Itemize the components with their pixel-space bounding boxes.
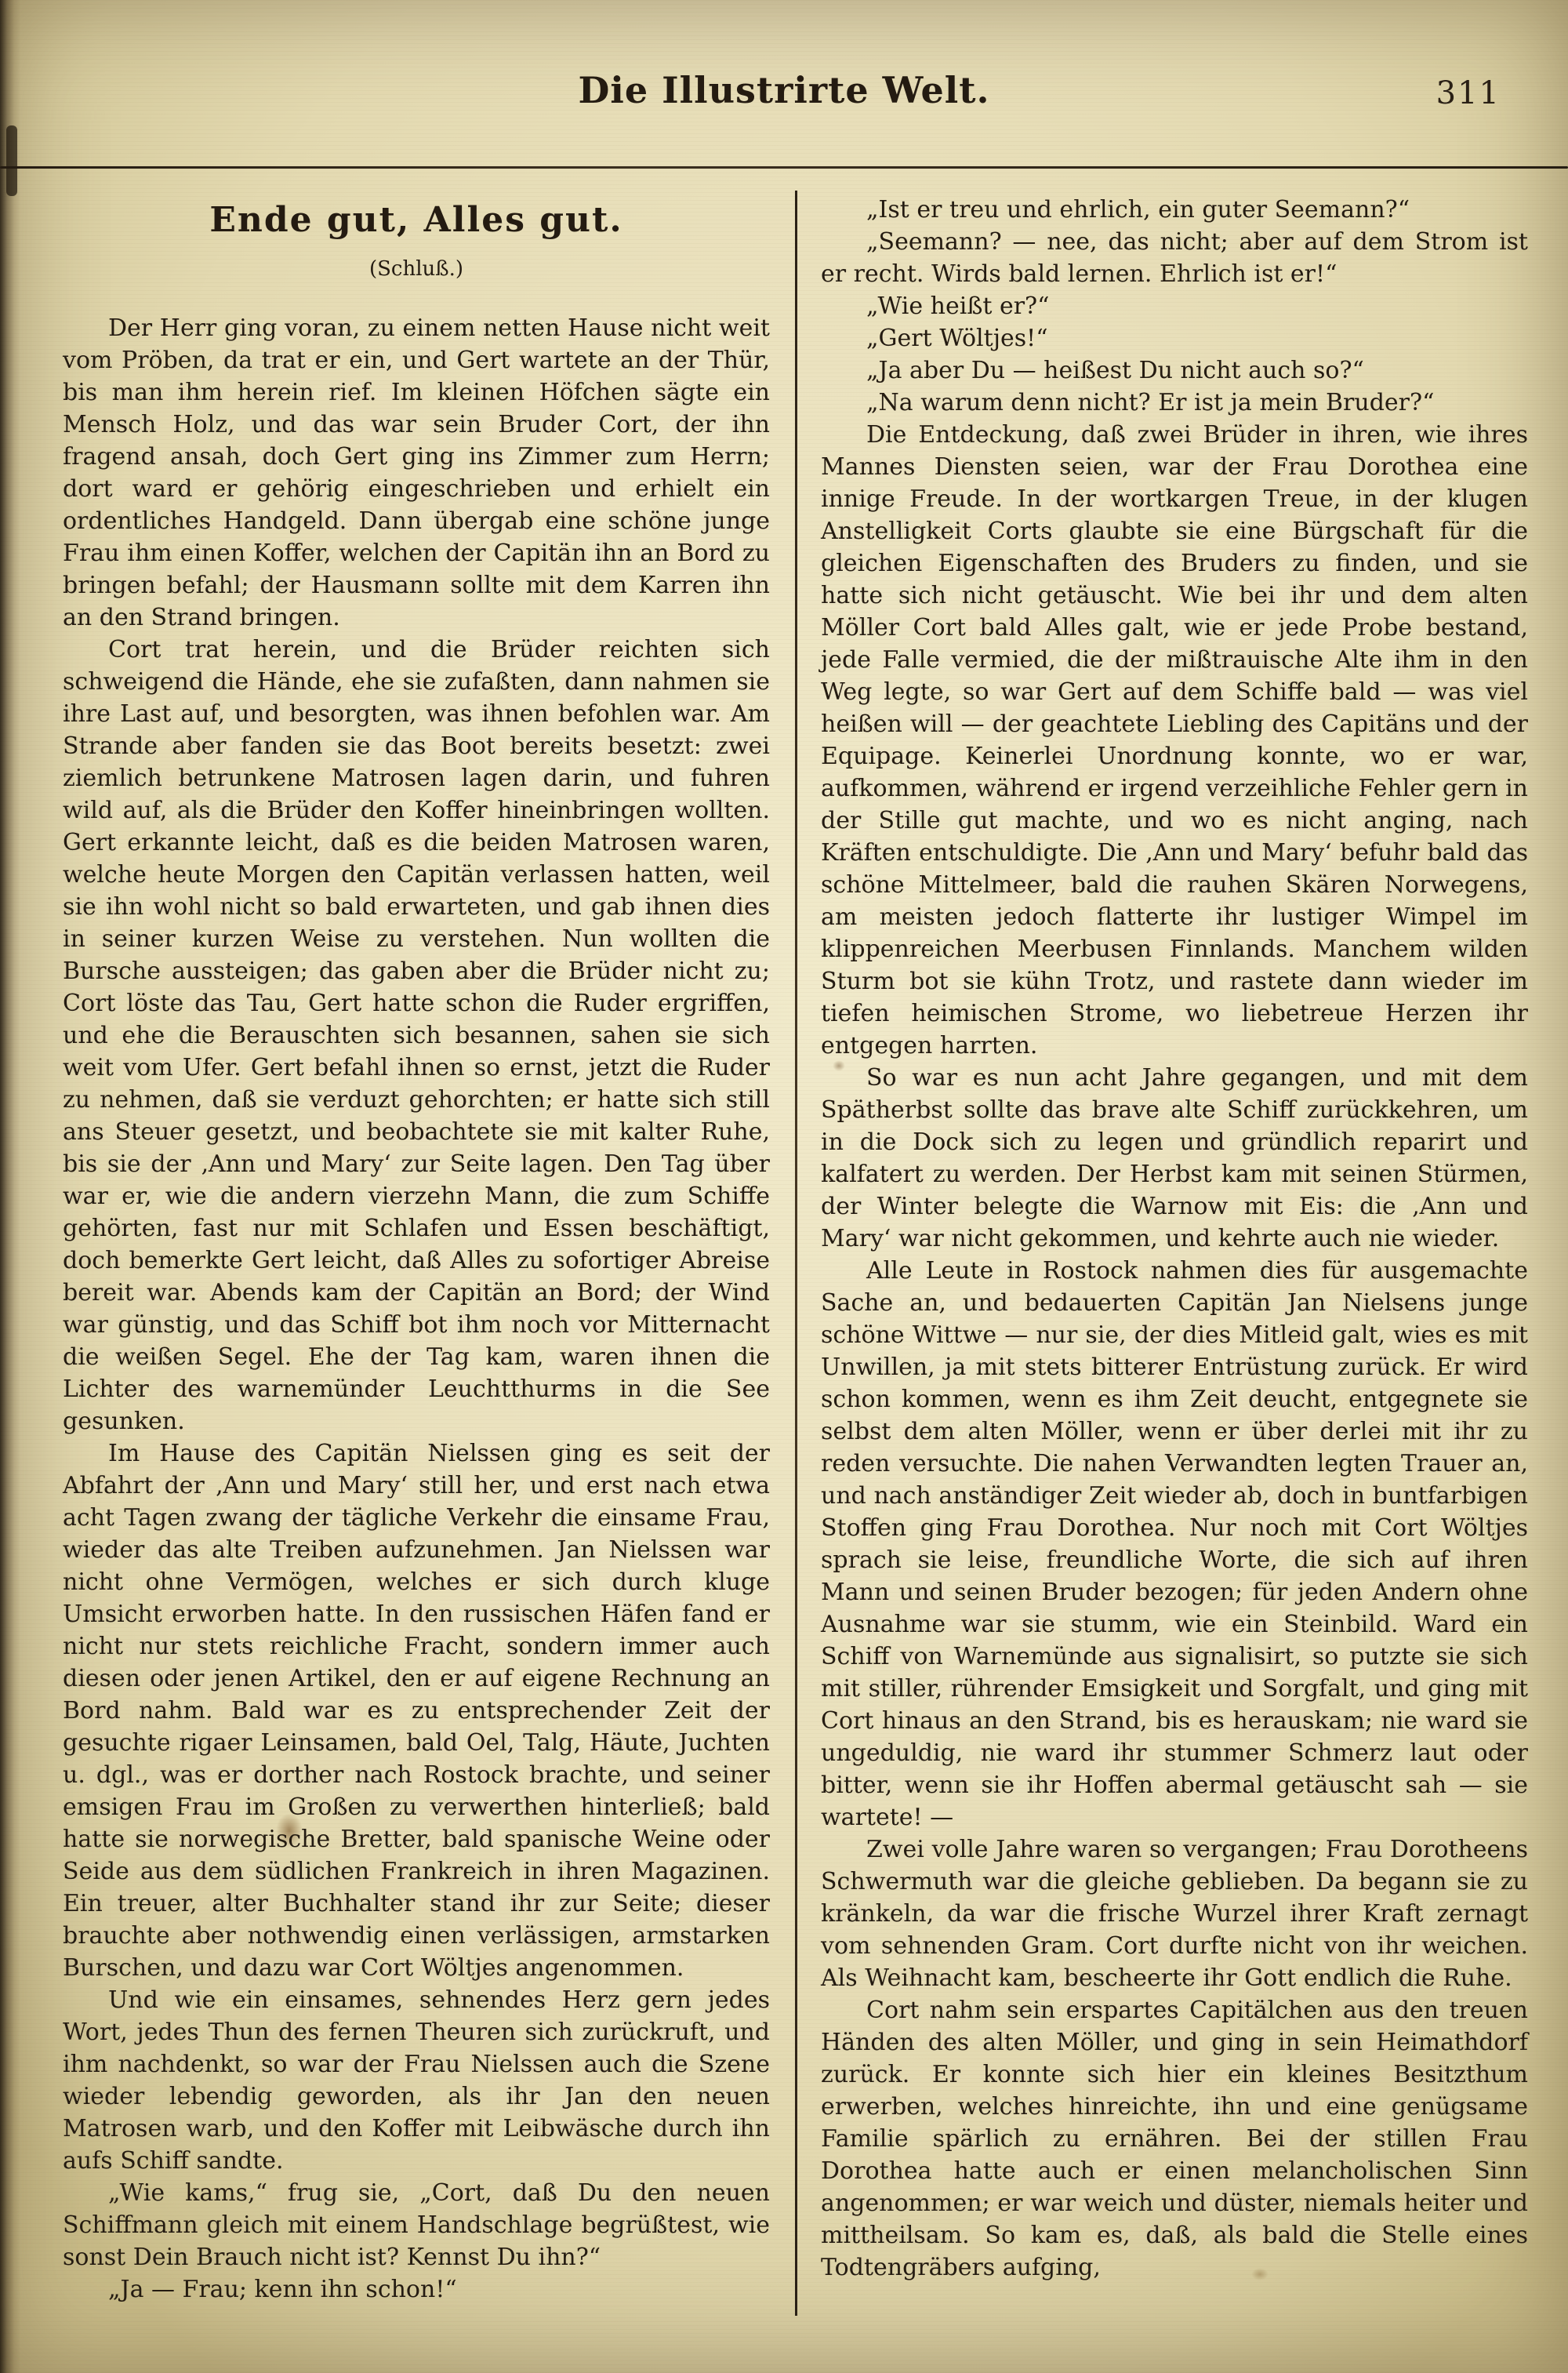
magazine-page: Die Illustrirte Welt. 311 Ende gut, Alle… [0,0,1568,2373]
page-header: Die Illustrirte Welt. 311 [0,0,1568,169]
page-number: 311 [1436,75,1501,111]
right-column: „Ist er treu und ehrlich, ein guter Seem… [821,169,1528,2284]
left-column-text: Der Herr ging voran, zu einem netten Hau… [63,312,770,2306]
paragraph: „Wie heißt er?“ [821,290,1528,322]
article: Ende gut, Alles gut. (Schluß.) Der Herr … [0,169,1568,2316]
paragraph: „Na warum denn nicht? Er ist ja mein Bru… [821,387,1528,419]
paragraph: Und wie ein einsames, sehnendes Herz ger… [63,1984,770,2177]
paragraph: Cort trat herein, und die Brüder reichte… [63,634,770,1437]
column-divider [795,191,797,2316]
magazine-title: Die Illustrirte Welt. [0,69,1568,111]
paragraph: „Ja — Frau; kenn ihn schon!“ [63,2273,770,2306]
paragraph: Der Herr ging voran, zu einem netten Hau… [63,312,770,634]
article-subtitle: (Schluß.) [63,253,770,285]
paragraph: „Ja aber Du — heißest Du nicht auch so?“ [821,354,1528,387]
paragraph: Im Hause des Capitän Nielssen ging es se… [63,1437,770,1984]
paragraph: Zwei volle Jahre waren so vergangen; Fra… [821,1833,1528,1994]
paragraph: „Wie kams,“ frug sie, „Cort, daß Du den … [63,2177,770,2273]
paragraph: „Gert Wöltjes!“ [821,322,1528,354]
left-column: Ende gut, Alles gut. (Schluß.) Der Herr … [63,169,770,2306]
paragraph: Alle Leute in Rostock nahmen dies für au… [821,1255,1528,1833]
paragraph: So war es nun acht Jahre gegangen, und m… [821,1062,1528,1255]
right-column-text: „Ist er treu und ehrlich, ein guter Seem… [821,194,1528,2284]
paragraph: „Ist er treu und ehrlich, ein guter Seem… [821,194,1528,226]
paragraph: Cort nahm sein erspartes Capitälchen aus… [821,1994,1528,2284]
article-title: Ende gut, Alles gut. [63,200,770,241]
paragraph: Die Entdeckung, daß zwei Brüder in ihren… [821,419,1528,1062]
paragraph: „Seemann? — nee, das nicht; aber auf dem… [821,226,1528,290]
